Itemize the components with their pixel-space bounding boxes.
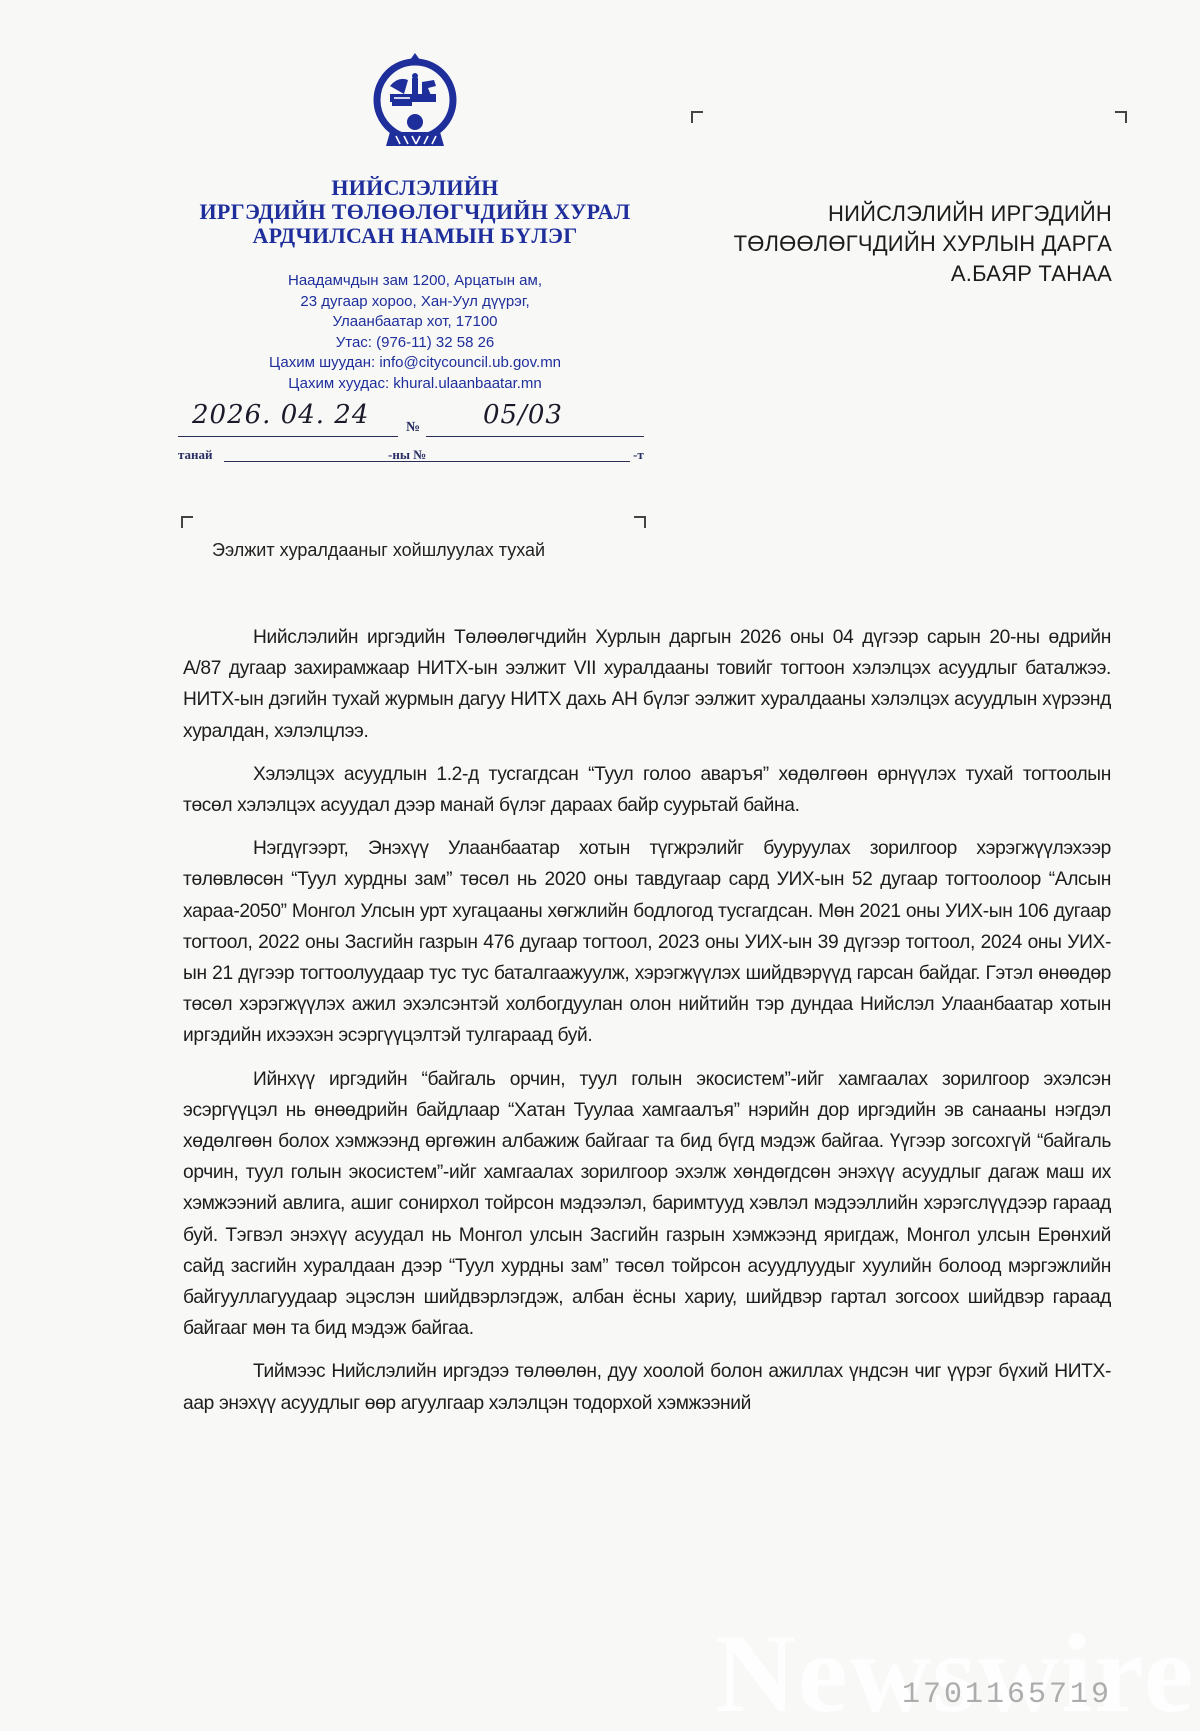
- phone-line: Утас: (976-11) 32 58 26: [180, 333, 650, 354]
- address-line: Наадамчдын зам 1200, Арцатын ам,: [180, 271, 650, 292]
- addressee-block: НИЙСЛЭЛИЙН ИРГЭДИЙН ТӨЛӨӨЛӨГЧДИЙН ХУРЛЫН…: [734, 199, 1112, 289]
- corner-mark: [181, 516, 193, 528]
- org-name-line: НИЙСЛЭЛИЙН: [150, 176, 680, 200]
- newswire-watermark: Newswire: [715, 1610, 1195, 1731]
- address-line: Улаанбаатар хот, 17100: [180, 312, 650, 333]
- reference-row: 2026. 04. 24 № 05/03: [178, 402, 644, 438]
- org-name-line: АРДЧИЛСАН НАМЫН БҮЛЭГ: [150, 224, 680, 248]
- addressee-line: ТӨЛӨӨЛӨГЧДИЙН ХУРЛЫН ДАРГА: [734, 229, 1112, 259]
- stamp-number: 1701165719: [902, 1678, 1112, 1712]
- org-name-line: ИРГЭДИЙН ТӨЛӨӨЛӨГЧДИЙН ХУРАЛ: [150, 200, 680, 224]
- address-line: 23 дугаар хороо, Хан-Уул дүүрэг,: [180, 292, 650, 313]
- mongolia-state-emblem-icon: [368, 50, 462, 156]
- body-paragraph: Нийслэлийн иргэдийн Төлөөлөгчдийн Хурлын…: [183, 622, 1111, 747]
- letter-number: 05/03: [483, 400, 563, 430]
- suffix-label: -т: [633, 447, 644, 463]
- body-paragraph: Нэгдүгээрт, Энэхүү Улаанбаатар хотын түг…: [183, 833, 1111, 1051]
- letter-date: 2026. 04. 24: [192, 400, 369, 430]
- letter-body: Нийслэлийн иргэдийн Төлөөлөгчдийн Хурлын…: [183, 622, 1111, 1431]
- your-number-line: [440, 461, 630, 462]
- your-no-label: -ны №: [388, 447, 426, 463]
- corner-mark: [634, 516, 646, 528]
- email-line: Цахим шуудан: info@citycouncil.ub.gov.mn: [180, 353, 650, 374]
- organization-address: Наадамчдын зам 1200, Арцатын ам, 23 дуга…: [180, 271, 650, 394]
- your-label: танай: [178, 447, 213, 463]
- organization-name: НИЙСЛЭЛИЙН ИРГЭДИЙН ТӨЛӨӨЛӨГЧДИЙН ХУРАЛ …: [150, 176, 680, 248]
- your-reference-row: танай -ны № -т: [178, 447, 648, 467]
- number-label: №: [406, 420, 420, 436]
- corner-mark: [1115, 111, 1127, 123]
- body-paragraph: Хэлэлцэх асуудлын 1.2-д тусгагдсан “Туул…: [183, 759, 1111, 821]
- body-paragraph: Тиймээс Нийслэлийн иргэдээ төлөөлөн, дуу…: [183, 1356, 1111, 1418]
- body-paragraph: Ийнхүү иргэдийн “байгаль орчин, туул гол…: [183, 1064, 1111, 1345]
- website-line: Цахим хуудас: khural.ulaanbaatar.mn: [180, 374, 650, 395]
- letter-subject: Ээлжит хуралдааныг хойшлуулах тухай: [212, 540, 545, 561]
- letter-page: НИЙСЛЭЛИЙН ИРГЭДИЙН ТӨЛӨӨЛӨГЧДИЙН ХУРАЛ …: [0, 0, 1200, 1731]
- addressee-line: НИЙСЛЭЛИЙН ИРГЭДИЙН: [734, 199, 1112, 229]
- corner-mark: [691, 111, 703, 123]
- addressee-name: А.БАЯР ТАНАА: [734, 259, 1112, 289]
